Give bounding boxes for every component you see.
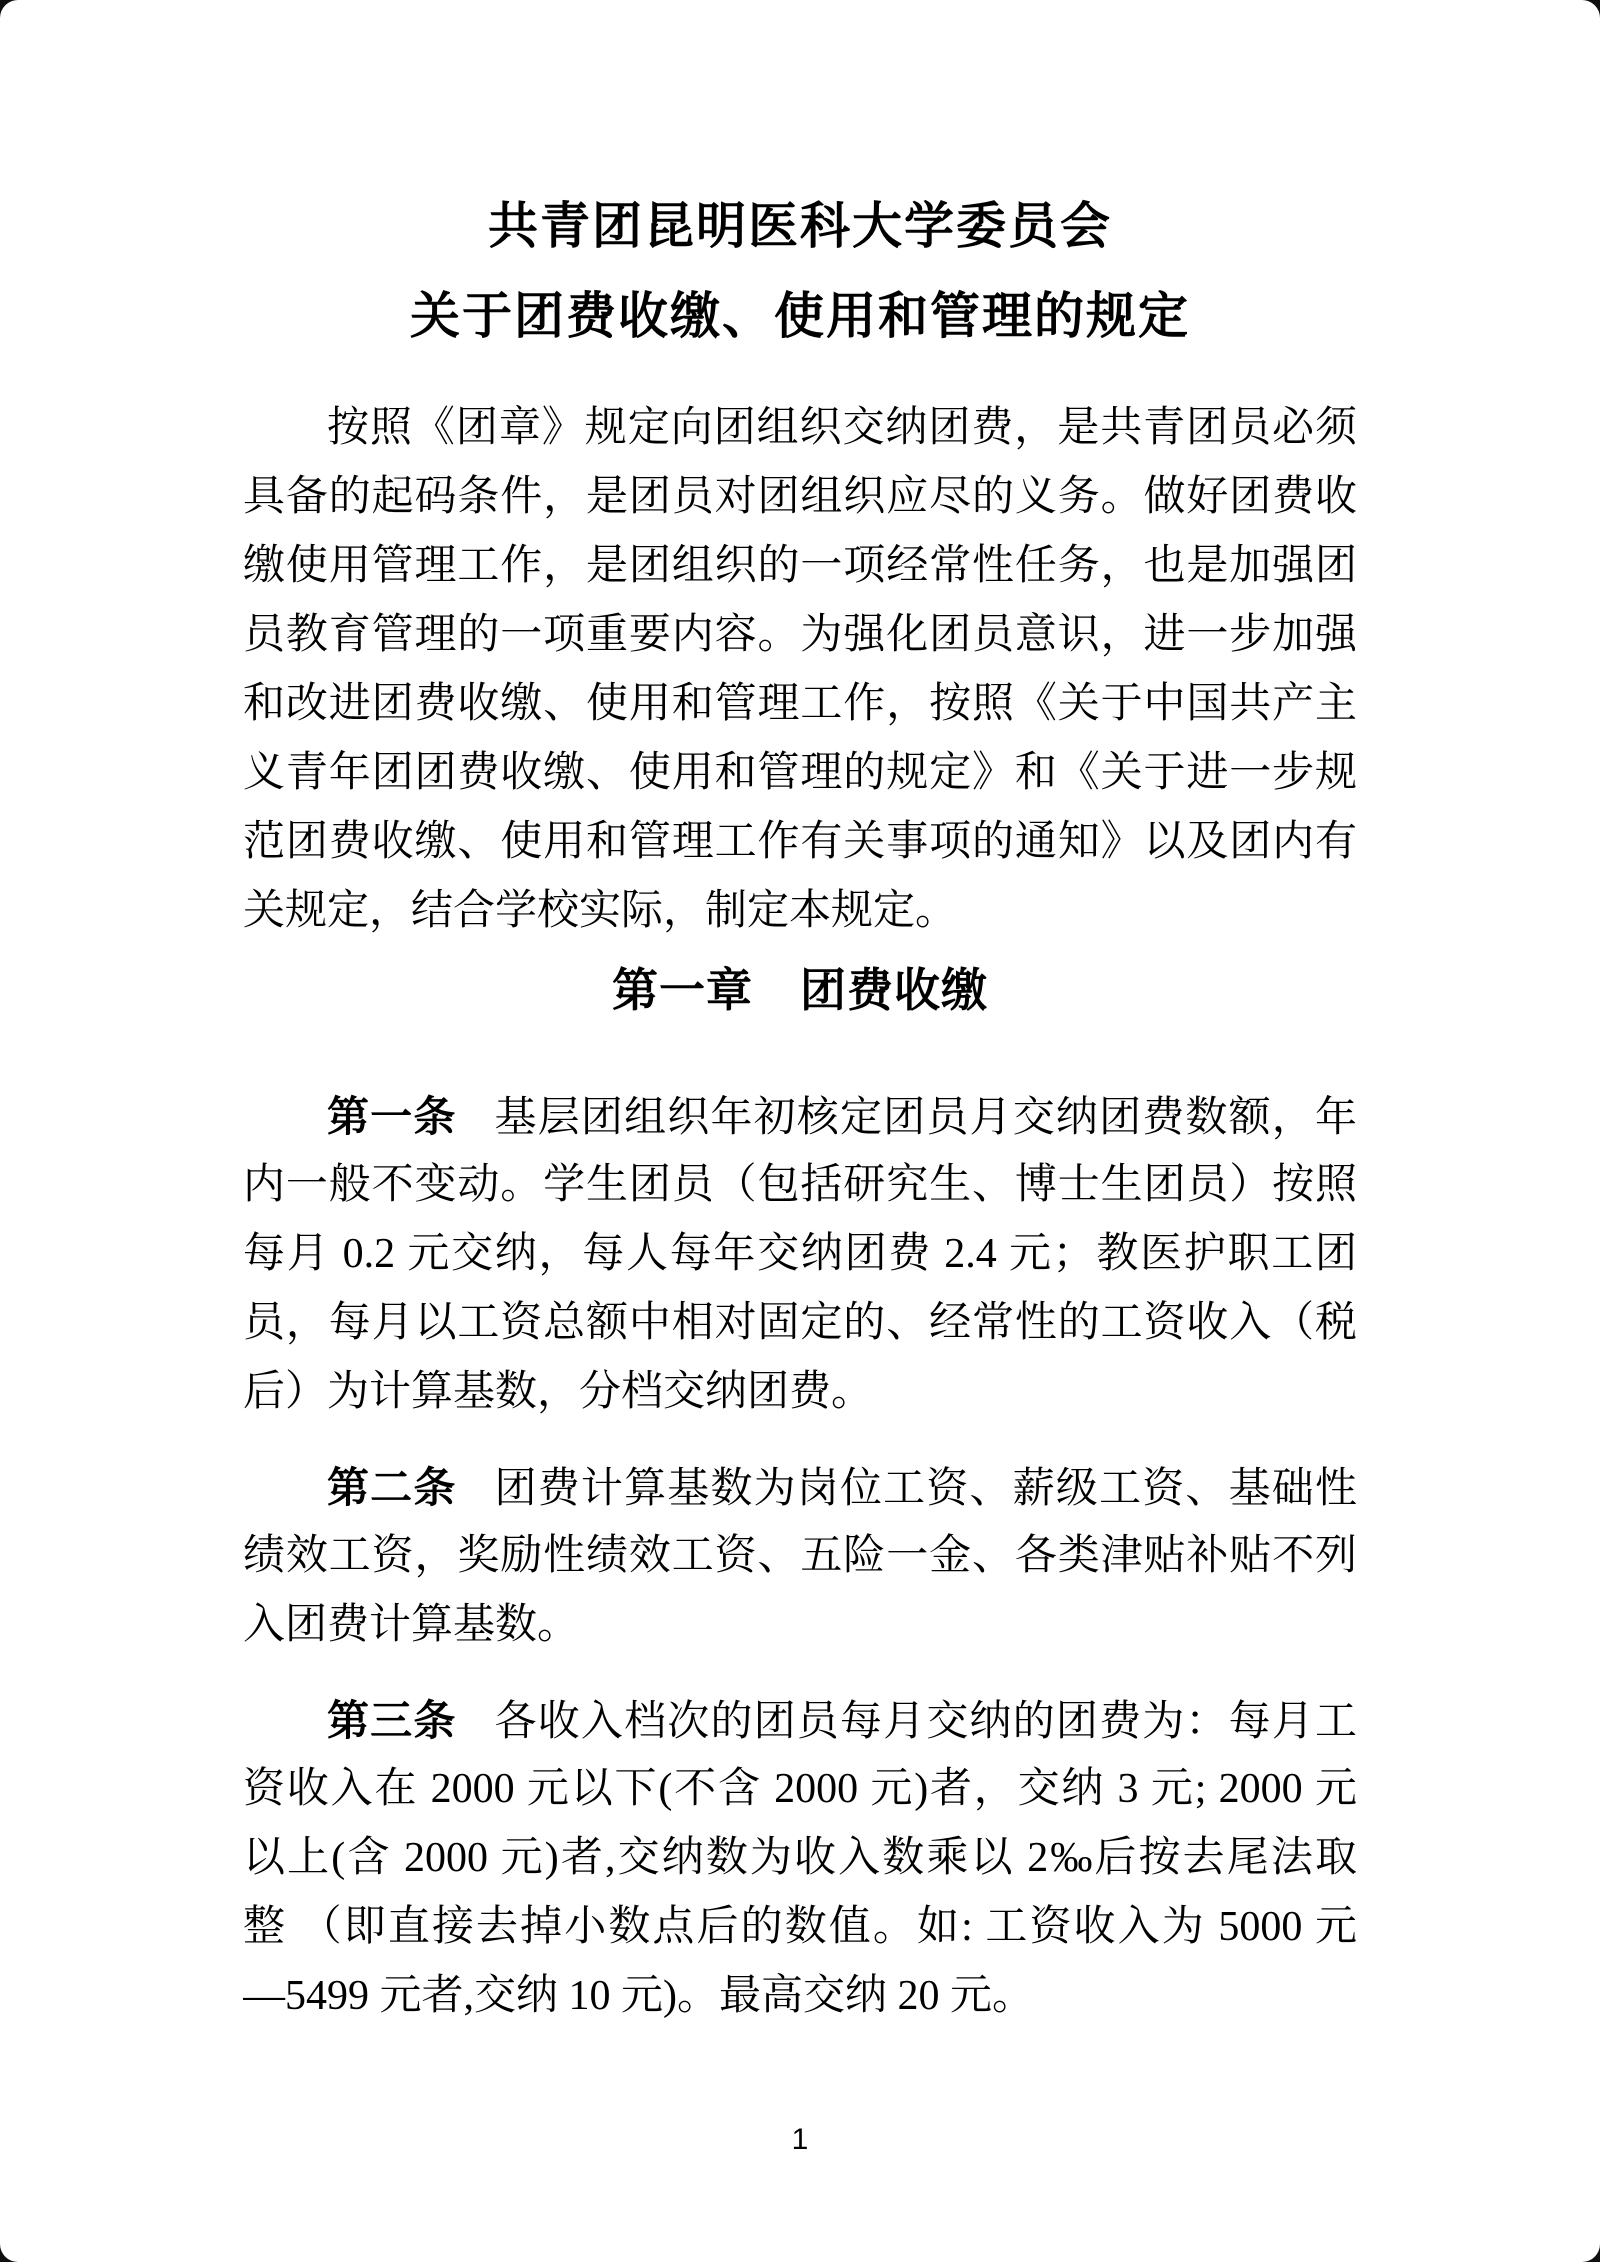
- article-line: 以上(含 2000 元)者,交纳数为收入数乘以 2‰后按去尾法取: [243, 1824, 1357, 1893]
- article-line: 每月 0.2 元交纳，每人每年交纳团费 2.4 元；教医护职工团: [243, 1220, 1357, 1289]
- chapter-heading: 第一章 团费收缴: [243, 962, 1357, 1018]
- doc-title-line-2: 关于团费收缴、使用和管理的规定: [243, 286, 1357, 346]
- article-line: 后）为计算基数，分档交纳团费。: [243, 1358, 1357, 1427]
- article-line: 资收入在 2000 元以下(不含 2000 元)者，交纳 3 元; 2000 元: [243, 1755, 1357, 1824]
- document-page: 共青团昆明医科大学委员会 关于团费收缴、使用和管理的规定 按照《团章》规定向团组…: [0, 0, 1600, 2262]
- article-line: 入团费计算基数。: [243, 1591, 1357, 1660]
- intro-paragraph: 按照《团章》规定向团组织交纳团费，是共青团员必须 具备的起码条件，是团员对团组织…: [243, 394, 1357, 946]
- article-number: 第三条: [327, 1696, 457, 1745]
- article-line: 第二条团费计算基数为岗位工资、薪级工资、基础性: [243, 1453, 1357, 1522]
- article-paragraph: 第一条基层团组织年初核定团员月交纳团费数额，年 内一般不变动。学生团员（包括研究…: [243, 1082, 1357, 1427]
- article-paragraph: 第三条各收入档次的团员每月交纳的团费为：每月工 资收入在 2000 元以下(不含…: [243, 1686, 1357, 2031]
- intro-line: 关规定，结合学校实际，制定本规定。: [243, 877, 1357, 946]
- page-number: 1: [0, 2120, 1600, 2160]
- article-line: 第一条基层团组织年初核定团员月交纳团费数额，年: [243, 1082, 1357, 1151]
- article-number: 第二条: [327, 1463, 457, 1512]
- intro-line: 范团费收缴、使用和管理工作有关事项的通知》以及团内有: [243, 808, 1357, 877]
- intro-line: 和改进团费收缴、使用和管理工作，按照《关于中国共产主: [243, 670, 1357, 739]
- doc-title-line-1: 共青团昆明医科大学委员会: [243, 0, 1357, 256]
- intro-line: 员教育管理的一项重要内容。为强化团员意识，进一步加强: [243, 601, 1357, 670]
- article-line: 整 （即直接去掉小数点后的数值。如: 工资收入为 5000 元: [243, 1893, 1357, 1962]
- article-line: 绩效工资，奖励性绩效工资、五险一金、各类津贴补贴不列: [243, 1522, 1357, 1591]
- article-line: 员，每月以工资总额中相对固定的、经常性的工资收入（税: [243, 1289, 1357, 1358]
- article-number: 第一条: [327, 1092, 457, 1141]
- intro-line: 具备的起码条件，是团员对团组织应尽的义务。做好团费收: [243, 463, 1357, 532]
- article-line: —5499 元者,交纳 10 元)。最高交纳 20 元。: [243, 1962, 1357, 2031]
- intro-line: 义青年团团费收缴、使用和管理的规定》和《关于进一步规: [243, 739, 1357, 808]
- article-text: 各收入档次的团员每月交纳的团费为：每月工: [495, 1699, 1357, 1745]
- intro-line: 按照《团章》规定向团组织交纳团费，是共青团员必须: [243, 394, 1357, 463]
- article-line: 第三条各收入档次的团员每月交纳的团费为：每月工: [243, 1686, 1357, 1755]
- article-text: 基层团组织年初核定团员月交纳团费数额，年: [495, 1095, 1357, 1141]
- article-paragraph: 第二条团费计算基数为岗位工资、薪级工资、基础性 绩效工资，奖励性绩效工资、五险一…: [243, 1453, 1357, 1660]
- intro-line: 缴使用管理工作，是团组织的一项经常性任务，也是加强团: [243, 532, 1357, 601]
- screenshot-stage: 共青团昆明医科大学委员会 关于团费收缴、使用和管理的规定 按照《团章》规定向团组…: [0, 0, 1600, 2262]
- article-text: 团费计算基数为岗位工资、薪级工资、基础性: [495, 1466, 1357, 1512]
- article-line: 内一般不变动。学生团员（包括研究生、博士生团员）按照: [243, 1151, 1357, 1220]
